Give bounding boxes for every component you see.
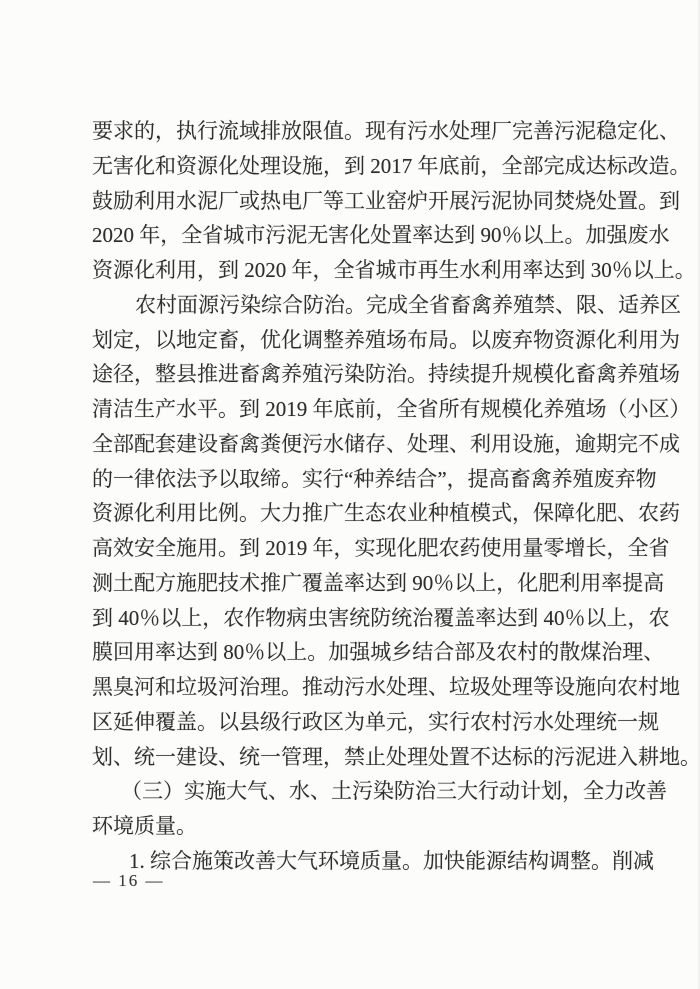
text-line: 测土配方施肥技术推广覆盖率达到 90％以上，化肥利用率提高 xyxy=(92,566,611,601)
section-heading-line: （三）实施大气、水、土污染防治三大行动计划，全力改善 xyxy=(92,774,611,809)
text-line: 资源化利用，到 2020 年，全省城市再生水利用率达到 30％以上。 xyxy=(92,253,611,288)
text-line: 划定，以地定畜，优化调整养殖场布局。以废弃物资源化利用为 xyxy=(92,323,611,358)
text-line: 资源化利用比例。大力推广生态农业种植模式，保障化肥、农药 xyxy=(92,496,611,531)
text-line: 高效安全施用。到 2019 年，实现化肥农药使用量零增长，全省 xyxy=(92,531,611,566)
document-body-text: 要求的，执行流域排放限值。现有污水处理厂完善污泥稳定化、 无害化和资源化处理设施… xyxy=(92,114,611,879)
text-line: 要求的，执行流域排放限值。现有污水处理厂完善污泥稳定化、 xyxy=(92,114,611,149)
numbered-item-line: 1. 综合施策改善大气环境质量。加快能源结构调整。削减 xyxy=(92,844,611,879)
text-line: 无害化和资源化处理设施，到 2017 年底前，全部完成达标改造。 xyxy=(92,149,611,184)
text-line: 到 40％以上，农作物病虫害统防统治覆盖率达到 40％以上，农 xyxy=(92,601,611,636)
text-line: 膜回用率达到 80％以上。加强城乡结合部及农村的散煤治理、 xyxy=(92,635,611,670)
text-line: 区延伸覆盖。以县级行政区为单元，实行农村污水处理统一规 xyxy=(92,705,611,740)
paragraph-start-line: 农村面源污染综合防治。完成全省畜禽养殖禁、限、适养区 xyxy=(92,288,611,323)
text-line: 2020 年，全省城市污泥无害化处置率达到 90％以上。加强废水 xyxy=(92,218,611,253)
text-line: 的一律依法予以取缔。实行“种养结合”，提高畜禽养殖废弃物 xyxy=(92,462,611,497)
text-line: 途径，整县推进畜禽养殖污染防治。持续提升规模化畜禽养殖场 xyxy=(92,357,611,392)
text-line: 划、统一建设、统一管理，禁止处理处置不达标的污泥进入耕地。 xyxy=(92,740,611,775)
page-number: — 16 — xyxy=(93,871,165,891)
text-line: 清洁生产水平。到 2019 年底前，全省所有规模化养殖场（小区） xyxy=(92,392,611,427)
document-page: 要求的，执行流域排放限值。现有污水处理厂完善污泥稳定化、 无害化和资源化处理设施… xyxy=(0,0,700,989)
text-line: 鼓励利用水泥厂或热电厂等工业窑炉开展污泥协同焚烧处置。到 xyxy=(92,184,611,219)
text-line: 全部配套建设畜禽粪便污水储存、处理、利用设施，逾期完不成 xyxy=(92,427,611,462)
text-line: 黑臭河和垃圾河治理。推动污水处理、垃圾处理等设施向农村地 xyxy=(92,670,611,705)
section-heading-line: 环境质量。 xyxy=(92,809,611,844)
